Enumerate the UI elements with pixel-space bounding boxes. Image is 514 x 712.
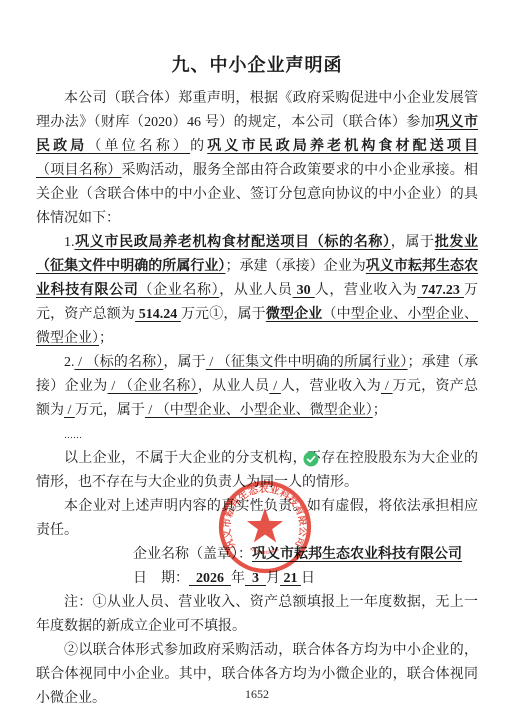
company-seal-stamp: 巩义市耘邦生态农业科技有限公司 4101813354848 — [218, 480, 312, 574]
text-run: / — [381, 379, 393, 394]
text-run: 747.23 — [417, 283, 464, 298]
text-run: ，属于 — [163, 355, 205, 370]
stamp-star — [247, 508, 283, 542]
document-title: 九、中小企业声明函 — [36, 53, 478, 77]
text-run: （企业名称） — [138, 283, 219, 298]
text-run: 巩义市民政局养老机构食材配送项目（标的名称） — [75, 235, 391, 250]
text-run: 1. — [64, 235, 75, 250]
text-run: / （标的名称） — [75, 355, 164, 370]
text-run: ，属于 — [391, 235, 435, 250]
document-content: 九、中小企业声明函 本公司（联合体）郑重声明，根据《政府采购促进中小企业发展管理… — [36, 53, 478, 711]
text-run: 万元①，属于 — [181, 307, 266, 322]
text-run: ，从业人员 — [219, 283, 292, 298]
text-run: ；承建（承接）企业为 — [225, 259, 365, 274]
paragraph-ellipsis: …… — [36, 423, 478, 447]
text-run: 2. — [64, 355, 75, 370]
text-run: / （征集文件中明确的所属行业） — [206, 355, 408, 370]
text-run: （单位名称） — [87, 139, 190, 154]
note-1: 注：①从业人员、营业收入、资产总额填报上一年度数据，无上一年度数据的新成立企业可… — [36, 591, 478, 639]
text-run: 本公司（联合体）郑重声明，根据《政府采购促进中小企业发展管理办法》（财库（202… — [36, 91, 478, 130]
text-run: 30 — [293, 283, 315, 298]
text-run: ； — [373, 403, 387, 418]
text-run: / — [64, 403, 75, 418]
paragraph-item-2: 2. / （标的名称），属于 / （征集文件中明确的所属行业）；承建（承接）企业… — [36, 351, 478, 423]
text-run: / （企业名称） — [108, 379, 198, 394]
paragraph-item-1: 1.巩义市民政局养老机构食材配送项目（标的名称），属于批发业（征集文件中明确的所… — [36, 231, 478, 351]
text-run: / （中型企业、小型企业、微型企业） — [145, 403, 373, 418]
text-run: 日 期： — [133, 571, 189, 586]
text-run: ，从业人员 — [198, 379, 270, 394]
text-run: 514.24 — [135, 307, 181, 322]
paragraph-intro: 本公司（联合体）郑重声明，根据《政府采购促进中小企业发展管理办法》（财库（202… — [36, 87, 478, 231]
text-run: 万元，属于 — [75, 403, 145, 418]
text-run: 人，营业收入为 — [281, 379, 381, 394]
text-run: 微型企业 — [266, 307, 323, 322]
text-run: 巩义市民政局养老机构食材配送项目 — [207, 139, 478, 154]
text-run: ； — [99, 331, 113, 346]
document-page: 九、中小企业声明函 本公司（联合体）郑重声明，根据《政府采购促进中小企业发展管理… — [0, 0, 514, 712]
svg-text:4101813354848: 4101813354848 — [249, 546, 280, 555]
verified-check-icon — [303, 451, 319, 467]
page-number: 1652 — [0, 687, 514, 702]
text-run: / — [269, 379, 281, 394]
check-circle — [304, 452, 319, 467]
text-run: 人，营业收入为 — [315, 283, 417, 298]
text-run: （项目名称） — [36, 163, 122, 178]
text-run: 的 — [190, 139, 207, 154]
stamp-code-text: 4101813354848 — [249, 546, 280, 555]
text-run: 注：①从业人员、营业收入、资产总额填报上一年度数据，无上一年度数据的新成立企业可… — [36, 595, 478, 634]
